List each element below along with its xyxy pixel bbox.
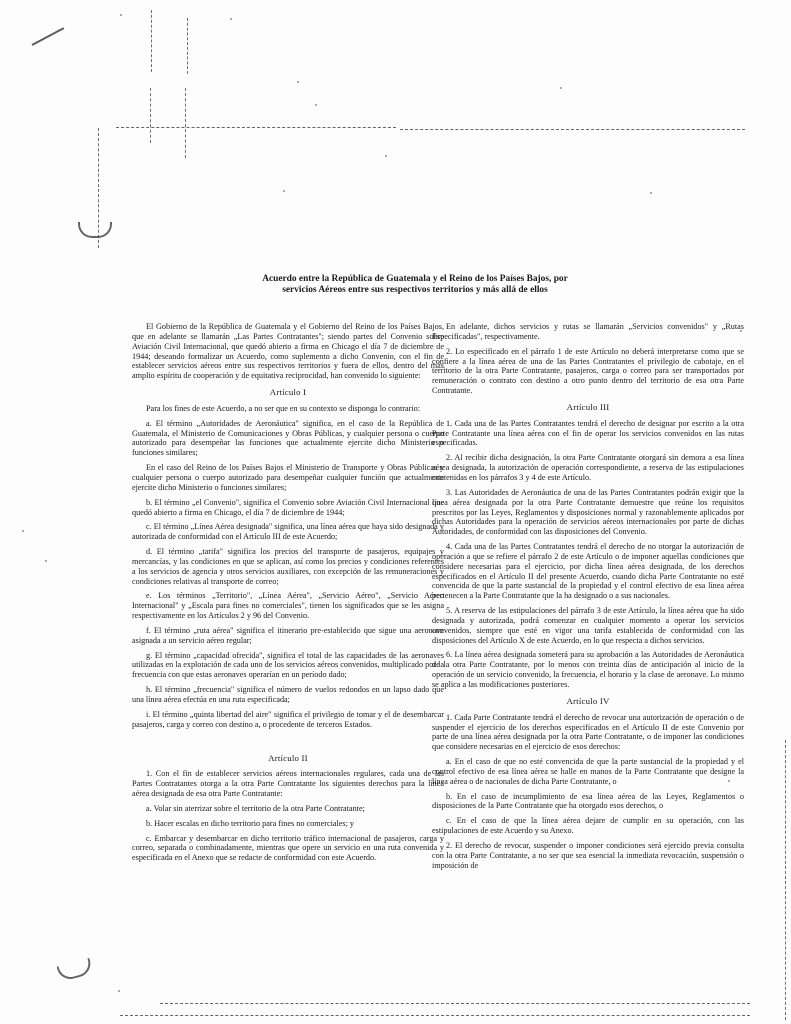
speck: [120, 14, 122, 16]
paragraph: 2. El derecho de revocar, suspender o im…: [432, 841, 744, 871]
paragraph: 5. A reserva de las estipulaciones del p…: [432, 606, 744, 645]
speck: [297, 81, 299, 83]
pen-curl: [57, 958, 94, 982]
article-heading: Artículo I: [132, 388, 444, 398]
paragraph: b. Hacer escalas en dicho territorio par…: [132, 819, 444, 829]
paragraph: d. El término „tarifa" significa los pre…: [132, 547, 444, 586]
paragraph: b. En el caso de incumplimiento de esa l…: [432, 792, 744, 812]
spacer: [132, 735, 444, 747]
speck: [650, 192, 652, 194]
paragraph: b. El término „el Convenio", significa e…: [132, 498, 444, 518]
paragraph: c. Embarcar y desembarcar en dicho terri…: [132, 834, 444, 864]
speck: [22, 530, 24, 532]
crop-mark-vertical: [187, 18, 188, 74]
crop-mark-vertical: [151, 10, 152, 72]
paragraph: 1. Cada Parte Contratante tendrá el dere…: [432, 713, 744, 752]
paragraph: 6. La línea aérea designada someterá par…: [432, 650, 744, 689]
speck: [45, 560, 47, 562]
right-edge-line: [785, 740, 786, 1020]
paragraph: En el caso del Reino de los Países Bajos…: [132, 463, 444, 493]
crop-mark-vertical: [150, 88, 151, 143]
speck: [315, 104, 317, 106]
paragraph: El Gobierno de la República de Guatemala…: [132, 322, 444, 381]
paragraph: g. El término „capacidad ofrecida", sign…: [132, 651, 444, 681]
paragraph: 2. Lo especificado en el párrafo 1 de es…: [432, 347, 744, 396]
paragraph: f. El término „ruta aérea" significa el …: [132, 626, 444, 646]
paragraph: a. El término „Autoridades de Aeronáutic…: [132, 419, 444, 458]
document-title: Acuerdo entre la República de Guatemala …: [250, 274, 580, 296]
bottom-crop-line: [120, 1015, 750, 1016]
paragraph: e. Los términos „Territorio", „Línea Aér…: [132, 591, 444, 621]
article-heading: Artículo IV: [432, 697, 744, 707]
paragraph: En adelante, dichos servicios y rutas se…: [432, 322, 744, 342]
left-column: El Gobierno de la República de Guatemala…: [132, 322, 444, 868]
crop-mark-vertical: [185, 88, 186, 158]
speck: [118, 990, 120, 992]
crop-mark-horizontal: [400, 129, 745, 130]
paragraph: c. En el caso de que la línea aérea deja…: [432, 816, 744, 836]
paragraph: Para los fines de este Acuerdo, a no ser…: [132, 404, 444, 414]
scanned-page: Acuerdo entre la República de Guatemala …: [0, 0, 791, 1024]
paragraph: 3. Las Autoridades de Aeronáutica de una…: [432, 488, 744, 537]
paragraph: i. El término „quinta libertad del aire"…: [132, 710, 444, 730]
bottom-crop-line: [160, 1003, 750, 1004]
paragraph: h. El término „frecuencia" significa el …: [132, 685, 444, 705]
pen-curl: [78, 222, 112, 238]
speck: [283, 190, 285, 192]
speck: [560, 87, 562, 89]
paragraph: 2. Al recibir dicha designación, la otra…: [432, 453, 744, 483]
crop-mark-horizontal: [116, 127, 396, 128]
paragraph: 1. Con el fin de establecer servicios aé…: [132, 769, 444, 799]
paragraph: 4. Cada una de las Partes Contratantes t…: [432, 542, 744, 601]
right-column: En adelante, dichos servicios y rutas se…: [432, 322, 744, 876]
speck: [230, 18, 232, 20]
speck: [385, 155, 387, 157]
article-heading: Artículo II: [132, 754, 444, 764]
paragraph: c. El término „Línea Aérea designada" si…: [132, 522, 444, 542]
article-heading: Artículo III: [432, 403, 744, 413]
paragraph: a. En el caso de que no esté convencida …: [432, 757, 744, 787]
paragraph: a. Volar sin aterrizar sobre el territor…: [132, 804, 444, 814]
paragraph: 1. Cada una de las Partes Contratantes t…: [432, 419, 744, 449]
pen-mark: [32, 27, 65, 46]
